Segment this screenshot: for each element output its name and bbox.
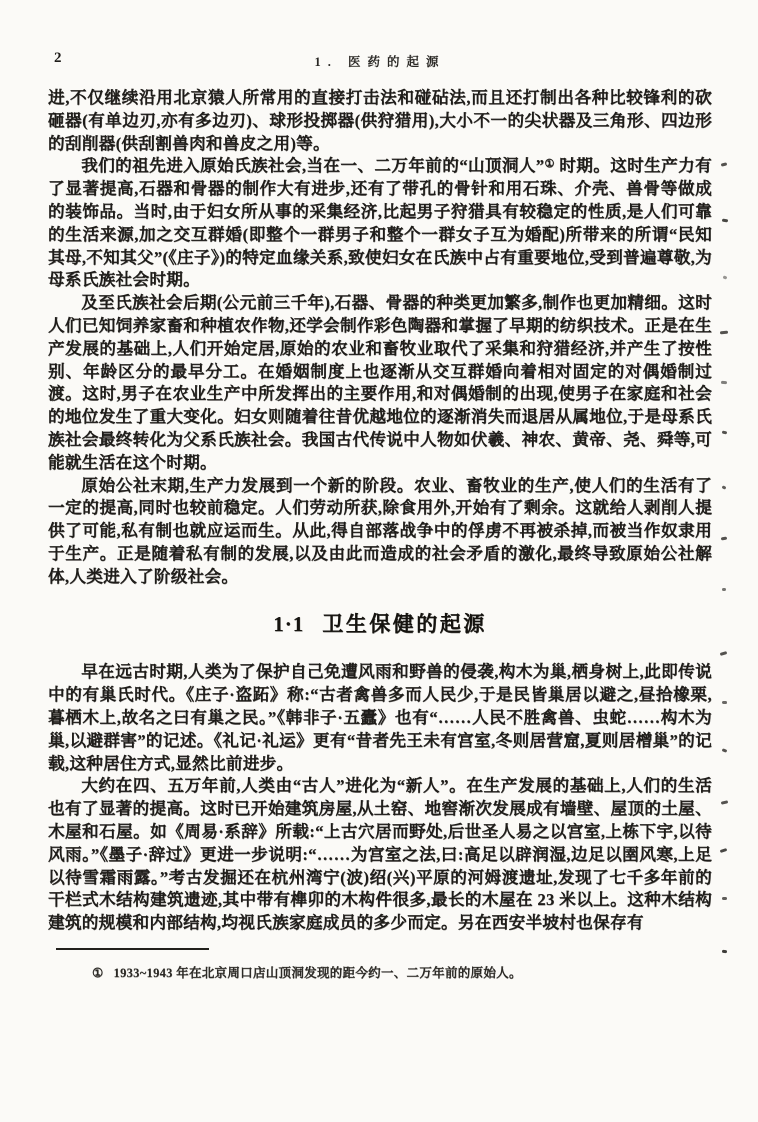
footnote-area: ①1933~1943 年在北京周口店山顶洞发现的距今约一、二万年前的原始人。 — [48, 948, 712, 981]
section-heading: 1·1卫生保健的起源 — [48, 613, 712, 636]
paragraph-continuation: 进,不仅继续沿用北京猿人所常用的直接打击法和碰砧法,而且还打制出各种比较锋利的砍… — [48, 87, 712, 155]
paragraph-house-building: 大约在四、五万年前,人类由“古人”进化为“新人”。在生产发展的基础上,人们的生活… — [48, 775, 712, 935]
paragraph-shandingdong: 我们的祖先进入原始氏族社会,当在一、二万年前的“山顶洞人”① 时期。这时生产力有… — [48, 155, 712, 292]
scan-speck — [722, 897, 727, 900]
scan-speck — [723, 275, 728, 279]
scan-speck — [721, 800, 728, 804]
paragraph-clan-society: 及至氏族社会后期(公元前三千年),石器、骨器的种类更加繁多,制作也更加精细。这时… — [48, 292, 712, 474]
paragraph-nest-dwelling: 早在远古时期,人类为了保护自己免遭风雨和野兽的侵袭,构木为巢,栖身树上,此即传说… — [48, 661, 712, 775]
footnote-text: 1933~1943 年在北京周口店山顶洞发现的距今约一、二万年前的原始人。 — [114, 966, 522, 980]
scan-speck — [722, 950, 727, 954]
section-title: 卫生保健的起源 — [322, 612, 487, 636]
scan-speck — [722, 748, 728, 753]
paragraph-text: 我们的祖先进入原始氏族社会,当在一、二万年前的“山顶洞人” — [81, 156, 544, 175]
scan-speck — [721, 381, 727, 384]
book-page: 2 1. 医药的起源 进,不仅继续沿用北京猿人所常用的直接打击法和碰砧法,而且还… — [0, 0, 758, 1122]
paragraph-text: 时期。这时生产力有了显著提高,石器和骨器的制作大有进步,还有了带孔的骨针和用石珠… — [48, 156, 712, 289]
scan-speck — [722, 701, 727, 704]
footnote-marker: ① — [92, 966, 104, 980]
scan-speck — [722, 588, 726, 591]
scan-speck — [722, 485, 727, 489]
footnote-ref-marker: ① — [544, 158, 554, 170]
scan-speck — [720, 848, 728, 853]
scan-speck — [720, 331, 728, 335]
scan-speck — [721, 537, 727, 541]
page-header: 2 1. 医药的起源 — [48, 50, 712, 72]
footnote-divider — [56, 948, 209, 950]
paragraph-commune-end: 原始公社末期,生产力发展到一个新的阶段。农业、畜牧业的生产,使人们的生活有了一定… — [48, 475, 712, 589]
section-number: 1·1 — [273, 612, 304, 636]
page-body: 进,不仅继续沿用北京猿人所常用的直接打击法和碰砧法,而且还打制出各种比较锋利的砍… — [48, 87, 712, 935]
scan-speck — [722, 431, 728, 435]
scan-speck — [722, 219, 728, 223]
scan-speck — [720, 651, 728, 656]
running-title: 1. 医药的起源 — [48, 52, 712, 70]
footnote: ①1933~1943 年在北京周口店山顶洞发现的距今约一、二万年前的原始人。 — [48, 963, 712, 981]
scan-speck — [721, 162, 728, 166]
